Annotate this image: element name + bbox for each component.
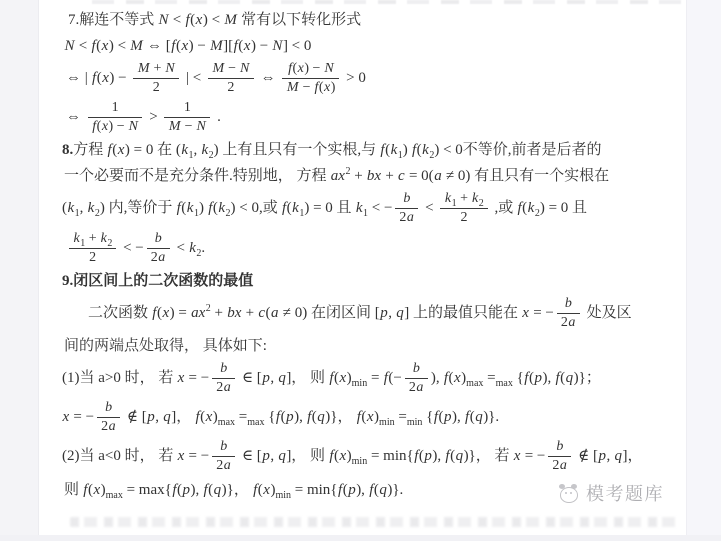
fraction: 1f(x) − N [88,100,143,135]
fraction: b2a [212,439,235,474]
document-page: 7.解连不等式 N < f(x) < M 常有以下转化形式N < f(x) < … [0,0,721,541]
formula-line: x = −b2a ∉ [p, q]， f(x)max =max {f(p), f… [62,399,668,436]
left-margin-band [0,0,39,541]
formula-line: 一个必要而不是充分条件.特别地， 方程 ax2 + bx + c = 0(a ≠… [62,164,668,188]
formula-line: 9.闭区间上的二次函数的最值 [62,269,668,293]
formula-line: (2)当 a<0 时， 若 x = −b2a ∈ [p, q]， 则 f(x)m… [62,438,668,475]
fraction: M − N2 [208,61,254,96]
fraction: 1M − N [164,100,210,135]
right-margin-band [686,0,721,541]
watermark: 模考题库 [557,480,664,506]
document-body: 7.解连不等式 N < f(x) < M 常有以下转化形式N < f(x) < … [62,8,668,504]
fraction: b2a [557,296,580,331]
formula-line: 二次函数 f(x) = ax2 + bx + c(a ≠ 0) 在闭区间 [p,… [62,295,668,332]
fraction: b2a [97,400,120,435]
formula-line: (1)当 a>0 时， 若 x = −b2a ∈ [p, q]， 则 f(x)m… [62,360,668,397]
formula-line: 7.解连不等式 N < f(x) < M 常有以下转化形式 [62,8,668,32]
panda-eye-left [565,492,567,494]
fraction: b2a [212,361,235,396]
next-page-ghost-text [70,517,682,527]
panda-face [560,487,578,503]
fraction: k1 + k22 [69,231,116,266]
formula-line: ⇔ | f(x) − M + N2 | < M − N2 ⇔ f(x) − NM… [62,60,668,97]
formula-line: 间的两端点处取得， 具体如下: [62,334,668,358]
panda-eye-right [570,492,572,494]
watermark-label: 模考题库 [586,480,664,506]
fraction: b2a [147,231,170,266]
fraction: b2a [548,439,571,474]
fraction: M + N2 [133,61,179,96]
formula-line: 8.方程 f(x) = 0 在 (k1, k2) 上有且只有一个实根,与 f(k… [62,138,668,162]
formula-line: k1 + k22 < −b2a < k2. [62,230,668,267]
bottom-margin-band [0,535,721,541]
formula-line: ⇔ 1f(x) − N > 1M − N . [62,99,668,136]
panda-face-icon [557,482,581,504]
fraction: f(x) − NM − f(x) [282,61,339,96]
formula-line: (k1, k2) 内,等价于 f(k1) f(k2) < 0,或 f(k1) =… [62,190,668,227]
previous-page-ghost-text [92,0,681,4]
fraction: b2a [405,361,428,396]
fraction: k1 + k22 [440,191,487,226]
formula-line: N < f(x) < M ⇔ [f(x) − M][f(x) − N] < 0 [62,34,668,58]
fraction: b2a [395,191,418,226]
